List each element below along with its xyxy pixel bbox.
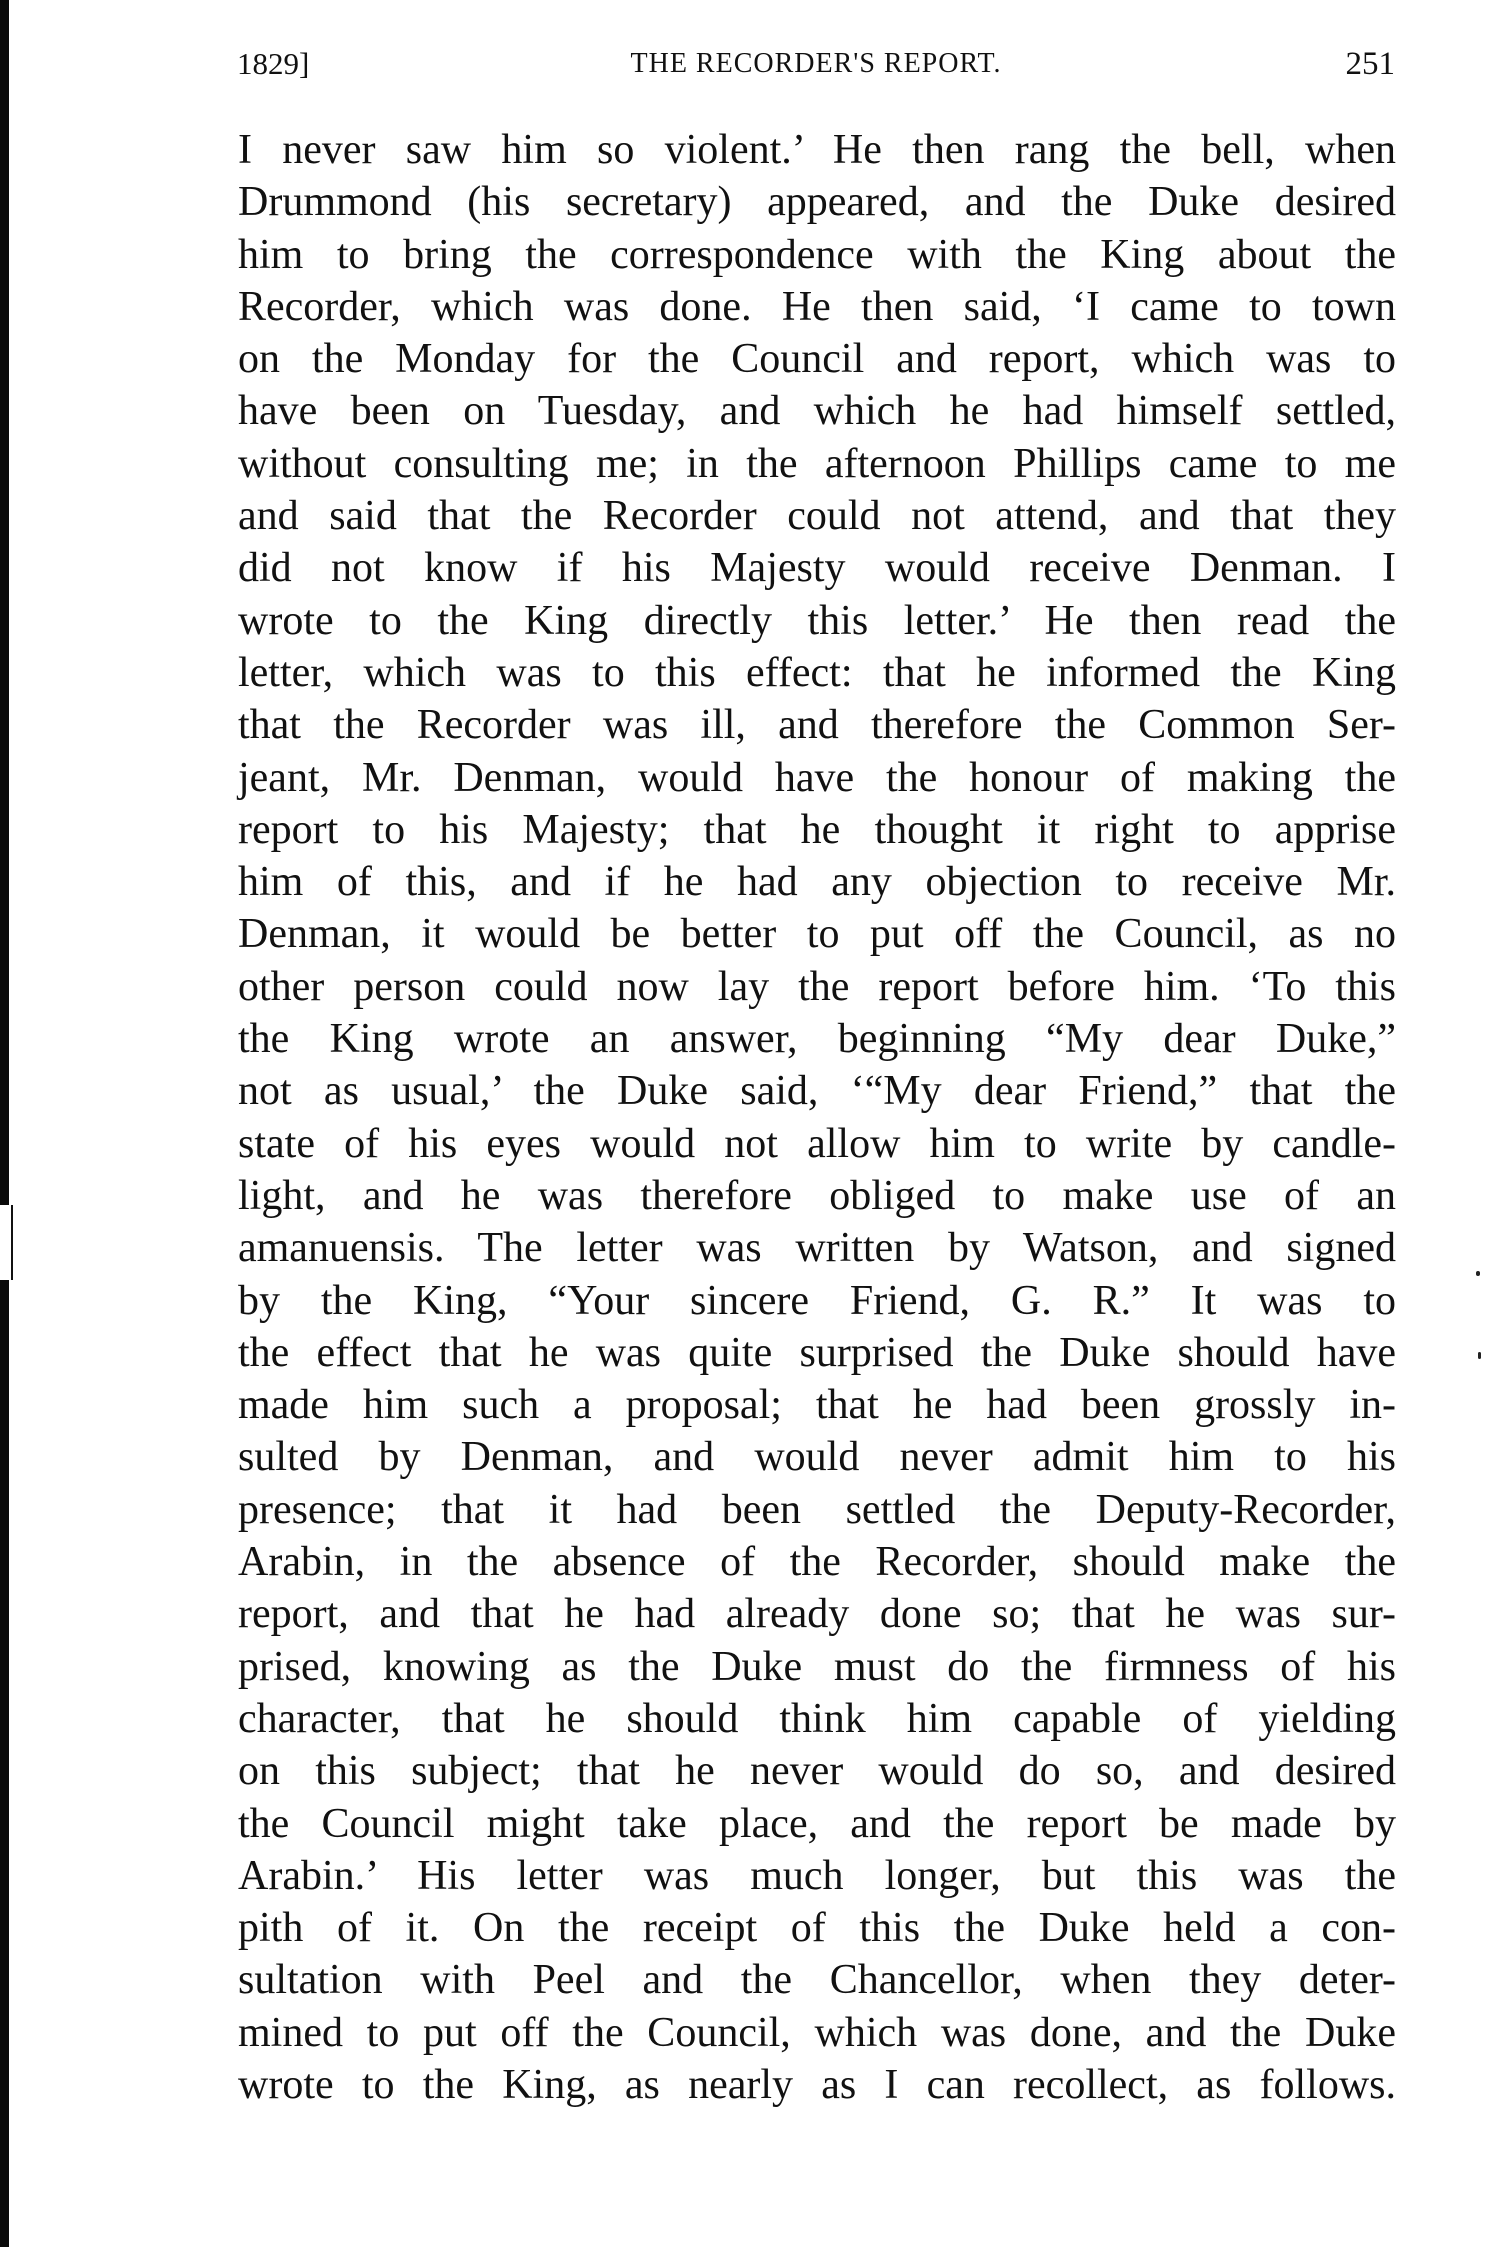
text-line: mined to put off the Council, which was …: [238, 2007, 1396, 2059]
text-line: amanuensis. The letter was written by Wa…: [238, 1222, 1396, 1274]
text-line: on this subject; that he never would do …: [238, 1745, 1396, 1797]
text-line: I never saw him so violent.’ He then ran…: [238, 124, 1396, 176]
text-line: pith of it. On the receipt of this the D…: [238, 1902, 1396, 1954]
text-line: sulted by Denman, and would never admit …: [238, 1431, 1396, 1483]
page-binding-edge: [0, 0, 9, 2247]
text-line: Arabin.’ His letter was much longer, but…: [238, 1850, 1396, 1902]
text-line: the effect that he was quite surprised t…: [238, 1327, 1396, 1379]
text-line: jeant, Mr. Denman, would have the honour…: [238, 752, 1396, 804]
header-running-title: THE RECORDER'S REPORT.: [237, 44, 1395, 84]
text-line: light, and he was therefore obliged to m…: [238, 1170, 1396, 1222]
text-line: Drummond (his secretary) appeared, and t…: [238, 176, 1396, 228]
text-line: prised, knowing as the Duke must do the …: [238, 1641, 1396, 1693]
text-line: character, that he should think him capa…: [238, 1693, 1396, 1745]
body-text: I never saw him so violent.’ He then ran…: [238, 124, 1396, 2111]
text-line: did not know if his Majesty would receiv…: [238, 542, 1396, 594]
text-line: on the Monday for the Council and report…: [238, 333, 1396, 385]
text-line: wrote to the King, as nearly as I can re…: [238, 2059, 1396, 2111]
text-line: Recorder, which was done. He then said, …: [238, 281, 1396, 333]
text-line: report to his Majesty; that he thought i…: [238, 804, 1396, 856]
text-line: him to bring the correspondence with the…: [238, 229, 1396, 281]
scan-speck: [1476, 1271, 1480, 1276]
text-line: made him such a proposal; that he had be…: [238, 1379, 1396, 1431]
text-line: that the Recorder was ill, and therefore…: [238, 699, 1396, 751]
text-line: and said that the Recorder could not att…: [238, 490, 1396, 542]
page-number: 251: [1346, 44, 1396, 84]
text-line: without consulting me; in the afternoon …: [238, 438, 1396, 490]
page-binding-tear: [0, 1205, 13, 1280]
scan-speck: [1478, 1352, 1481, 1359]
running-header: 1829] THE RECORDER'S REPORT. 251: [237, 44, 1395, 84]
text-line: presence; that it had been settled the D…: [238, 1484, 1396, 1536]
text-line: sultation with Peel and the Chancellor, …: [238, 1954, 1396, 2006]
text-line: letter, which was to this effect: that h…: [238, 647, 1396, 699]
text-line: wrote to the King directly this letter.’…: [238, 595, 1396, 647]
text-line: by the King, “Your sincere Friend, G. R.…: [238, 1275, 1396, 1327]
text-line: Arabin, in the absence of the Recorder, …: [238, 1536, 1396, 1588]
text-line: have been on Tuesday, and which he had h…: [238, 385, 1396, 437]
text-line: the King wrote an answer, beginning “My …: [238, 1013, 1396, 1065]
text-line: report, and that he had already done so;…: [238, 1588, 1396, 1640]
text-line: not as usual,’ the Duke said, ‘“My dear …: [238, 1065, 1396, 1117]
text-line: state of his eyes would not allow him to…: [238, 1118, 1396, 1170]
text-line: him of this, and if he had any objection…: [238, 856, 1396, 908]
text-line: Denman, it would be better to put off th…: [238, 908, 1396, 960]
text-line: other person could now lay the report be…: [238, 961, 1396, 1013]
text-line: the Council might take place, and the re…: [238, 1798, 1396, 1850]
